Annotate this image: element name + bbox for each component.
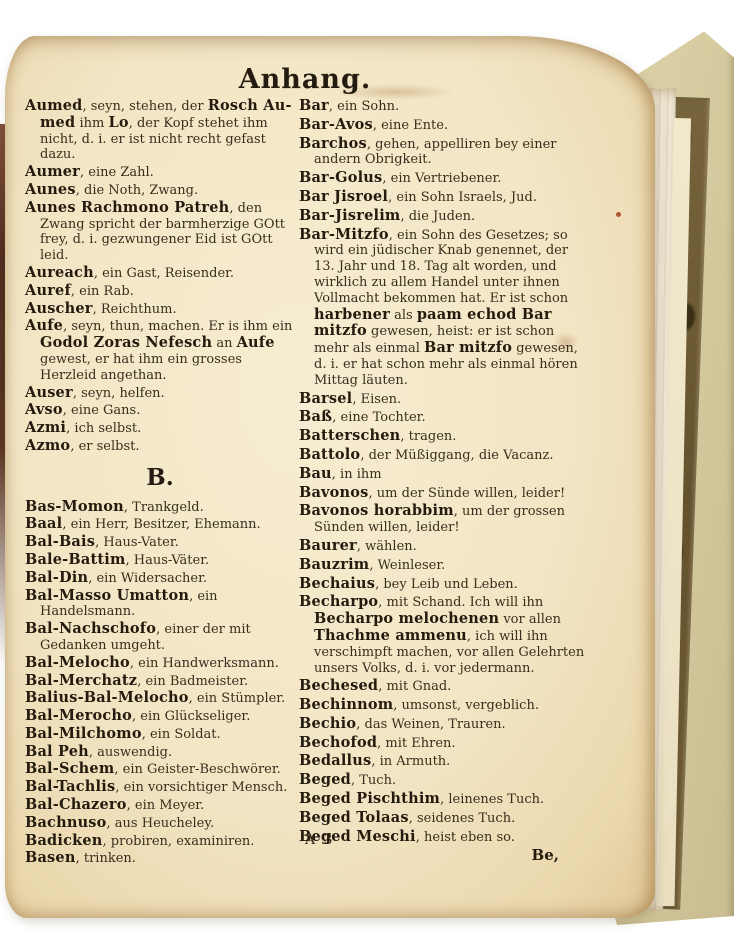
entry-headword: Batterschen: [299, 427, 400, 444]
dictionary-entry: Bal-Milchomo, ein Soldat.: [25, 726, 295, 743]
dictionary-entry: Bal-Nachschofo, einer der mit Gedanken u…: [25, 621, 295, 654]
book-scan: Anhang. Aumed, seyn, stehen, der Rosch A…: [0, 0, 741, 950]
page-content: Anhang. Aumed, seyn, stehen, der Rosch A…: [5, 36, 655, 918]
entry-definition: , ich selbst.: [66, 421, 141, 436]
entries-b-section-left: Bas-Momon, Trankgeld.Baal, ein Herr, Bes…: [25, 499, 295, 868]
entry-headword: Beged Tolaas: [299, 809, 409, 826]
entry-definition: , Tuch.: [351, 773, 396, 788]
entry-headword: Aumed: [25, 97, 83, 114]
entry-definition: , er selbst.: [70, 439, 139, 454]
entries-a-section: Aumed, seyn, stehen, der Rosch Au­med ih…: [25, 98, 295, 455]
entry-definition: , ein Sohn des Gesetzes; so wird ein jüd…: [314, 228, 578, 388]
entry-headword: Battolo: [299, 446, 360, 463]
entry-headword: Bal-Nachschofo: [25, 620, 156, 637]
dictionary-entry: Baal, ein Herr, Besitzer, Ehemann.: [25, 516, 295, 533]
entry-definition: , seyn, helfen.: [73, 386, 165, 401]
dictionary-entry: Aumer, eine Zahl.: [25, 164, 295, 181]
dictionary-entry: Bavonos horabbim, um der grossen Sünden …: [299, 503, 585, 536]
dictionary-entry: Avso, eine Gans.: [25, 402, 295, 419]
entry-definition: , Haus-Vater.: [95, 535, 179, 550]
dictionary-entry: Beged Pischthim, leinenes Tuch.: [299, 791, 585, 808]
entry-headword: Balius-Bal-Melocho: [25, 689, 189, 706]
dictionary-entry: Bas-Momon, Trankgeld.: [25, 499, 295, 516]
entry-definition: , ein Sohn.: [329, 99, 399, 114]
dictionary-entry: Bar-Jisrelim, die Juden.: [299, 208, 585, 225]
dictionary-entry: Bar-Avos, eine Ente.: [299, 117, 585, 134]
entry-definition: , ein Glückseliger.: [132, 709, 250, 724]
dictionary-entry: Bar-Mitzfo, ein Sohn des Gesetzes; so wi…: [299, 227, 585, 389]
entry-definition: , eine Gans.: [63, 403, 141, 418]
entry-definition: , in Armuth.: [371, 754, 450, 769]
entry-definition: , der Müßiggang, die Vacanz.: [360, 448, 553, 463]
entry-headword: Bechinnom: [299, 696, 393, 713]
entry-headword: Bachnuso: [25, 814, 107, 831]
dictionary-entry: Azmo, er selbst.: [25, 438, 295, 455]
entry-headword: Aunes Rachmono Patreh: [25, 199, 229, 216]
entry-headword: Bau: [299, 465, 332, 482]
dictionary-entry: Auser, seyn, helfen.: [25, 385, 295, 402]
dictionary-entry: Bal Peh, auswendig.: [25, 744, 295, 761]
dictionary-entry: Azmi, ich selbst.: [25, 420, 295, 437]
entry-headword: Bal-Merocho: [25, 707, 132, 724]
entry-definition: , in ihm: [332, 467, 382, 482]
column-right: Bar, ein Sohn.Bar-Avos, eine Ente.Barcho…: [299, 98, 585, 864]
section-heading-b: B.: [25, 470, 295, 486]
dictionary-entry: Bau, in ihm: [299, 466, 585, 483]
entry-headword: Bauzrim: [299, 556, 369, 573]
entry-definition: , ein Handwerksmann.: [130, 656, 279, 671]
entry-headword: Baal: [25, 515, 62, 532]
entry-definition: , ein Geister-Beschwörer.: [114, 762, 280, 777]
dictionary-entry: Badicken, probiren, examiniren.: [25, 833, 295, 850]
entry-definition: , seidenes Tuch.: [409, 811, 516, 826]
dictionary-entry: Barchos, gehen, appelliren bey einer and…: [299, 136, 585, 169]
dictionary-entry: Battolo, der Müßiggang, die Vacanz.: [299, 447, 585, 464]
entry-headword: Bechesed: [299, 677, 378, 694]
dictionary-entry: Bechinnom, umsonst, vergeblich.: [299, 697, 585, 714]
entry-headword: Aufe: [25, 317, 63, 334]
dictionary-entry: Bal-Melocho, ein Handwerksmann.: [25, 655, 295, 672]
entry-definition: , ein Meyer.: [127, 798, 205, 813]
entry-headword: Bal-Chazero: [25, 796, 127, 813]
dictionary-entry: Batterschen, tragen.: [299, 428, 585, 445]
entry-headword: Baurer: [299, 537, 357, 554]
entry-headword: Barchos: [299, 135, 367, 152]
dictionary-entry: Bechio, das Weinen, Trauren.: [299, 716, 585, 733]
entry-headword: Bal-Tachlis: [25, 778, 115, 795]
entry-headword: Bavonos: [299, 484, 369, 501]
dictionary-entry: Becharpo, mit Schand. Ich will ihn Becha…: [299, 594, 585, 676]
entry-headword: Bal-Din: [25, 569, 88, 586]
entry-definition: , heist eben so.: [416, 830, 515, 845]
signature-mark: A 3: [305, 832, 334, 848]
entry-definition: , aus Heucheley.: [107, 816, 215, 831]
entry-headword: Bar Jisroel: [299, 188, 388, 205]
dictionary-entry: Beged Tolaas, seidenes Tuch.: [299, 810, 585, 827]
entry-definition: , ein Badmeister.: [137, 674, 248, 689]
entry-headword: Bal-Milchomo: [25, 725, 142, 742]
entry-headword: Azmi: [25, 419, 66, 436]
entry-headword: Azmo: [25, 437, 70, 454]
entry-headword: Auser: [25, 384, 73, 401]
entry-headword: Bal Peh: [25, 743, 89, 760]
entry-headword: Bavonos horabbim: [299, 502, 454, 519]
entries-b-section-right: Bar, ein Sohn.Bar-Avos, eine Ente.Barcho…: [299, 98, 585, 845]
entry-emphasis: Bar mitzfo: [424, 339, 512, 356]
dictionary-entry: Bechofod, mit Ehren.: [299, 735, 585, 752]
entry-definition: , ein Rab.: [71, 284, 134, 299]
dictionary-entry: Bechesed, mit Gnad.: [299, 678, 585, 695]
entry-definition: , bey Leib und Leben.: [375, 577, 518, 592]
entry-headword: Auref: [25, 282, 71, 299]
entry-definition: , ein Gast, Reisender.: [94, 266, 234, 281]
dictionary-entry: Aumed, seyn, stehen, der Rosch Au­med ih…: [25, 98, 295, 163]
entry-emphasis: Godol Zoras Nefesch: [40, 334, 212, 351]
entry-definition: , ein Vertriebener.: [382, 171, 501, 186]
entry-definition: , Haus-Väter.: [126, 553, 210, 568]
dictionary-entry: Beged, Tuch.: [299, 772, 585, 789]
entry-definition: , Trankgeld.: [124, 500, 204, 515]
entry-definition: , um der Sünde willen, leider!: [369, 486, 566, 501]
entry-definition: , Eisen.: [352, 392, 401, 407]
entry-headword: Aumer: [25, 163, 80, 180]
dictionary-entry: Auscher, Reichthum.: [25, 301, 295, 318]
entry-headword: Basen: [25, 849, 76, 866]
dictionary-entry: Baß, eine Tochter.: [299, 409, 585, 426]
entry-emphasis: Thachme ammenu: [314, 627, 467, 644]
entry-headword: Avso: [25, 401, 63, 418]
entry-headword: Bechaius: [299, 575, 375, 592]
entry-headword: Bal-Bais: [25, 533, 95, 550]
dictionary-entry: Bale-Battim, Haus-Väter.: [25, 552, 295, 569]
entry-definition: , ein Soldat.: [142, 727, 221, 742]
dictionary-entry: Baurer, wählen.: [299, 538, 585, 555]
dictionary-entry: Bal-Tachlis, ein vorsichtiger Mensch.: [25, 779, 295, 796]
entry-headword: Baß: [299, 408, 332, 425]
entry-headword: Bal-Masso Umatton: [25, 587, 189, 604]
entry-headword: Barsel: [299, 390, 352, 407]
entry-headword: Bedallus: [299, 752, 371, 769]
dictionary-entry: Aunes Rachmono Patreh, den Zwang spricht…: [25, 200, 295, 264]
entry-definition: , auswendig.: [89, 745, 172, 760]
entry-definition: , mit Gnad.: [378, 679, 451, 694]
entry-headword: Aureach: [25, 264, 94, 281]
page-title: Anhang.: [5, 64, 605, 95]
dictionary-entry: Bavonos, um der Sünde willen, leider!: [299, 485, 585, 502]
column-left: Aumed, seyn, stehen, der Rosch Au­med ih…: [25, 98, 295, 868]
entry-definition: , seyn, thun, machen. Er is ihm ein Godo…: [40, 319, 292, 382]
entry-definition: , Reichthum.: [93, 302, 177, 317]
entry-definition: , die Juden.: [400, 209, 475, 224]
dictionary-entry: Bar Jisroel, ein Sohn Israels, Jud.: [299, 189, 585, 206]
entry-definition: , ein Widersacher.: [88, 571, 207, 586]
dictionary-entry: Bechaius, bey Leib und Leben.: [299, 576, 585, 593]
entry-emphasis: Becharpo melochenen: [314, 610, 499, 627]
entry-headword: Bar-Mitzfo: [299, 226, 389, 243]
catchword: Be,: [299, 848, 585, 864]
entry-definition: , Weinleser.: [369, 558, 445, 573]
dictionary-entry: Bal-Din, ein Widersacher.: [25, 570, 295, 587]
entry-headword: Bechofod: [299, 734, 377, 751]
entry-definition: , ein Sohn Israels, Jud.: [388, 190, 537, 205]
entry-emphasis: Aufe: [237, 334, 275, 351]
dictionary-entry: Bedallus, in Armuth.: [299, 753, 585, 770]
entry-definition: , ein Stümpler.: [189, 691, 286, 706]
dictionary-entry: Bar-Golus, ein Vertriebener.: [299, 170, 585, 187]
entry-definition: , trinken.: [76, 851, 136, 866]
entry-definition: , eine Tochter.: [332, 410, 425, 425]
entry-definition: , das Weinen, Trauren.: [356, 717, 505, 732]
dictionary-entry: Bar, ein Sohn.: [299, 98, 585, 115]
dictionary-entry: Bal-Merchatz, ein Badmeister.: [25, 673, 295, 690]
entry-definition: , umsonst, vergeblich.: [393, 698, 539, 713]
entry-emphasis: harbener: [314, 306, 390, 323]
entry-headword: Bal-Melocho: [25, 654, 130, 671]
entry-definition: , leinenes Tuch.: [440, 792, 544, 807]
entry-headword: Auscher: [25, 300, 93, 317]
entry-headword: Badicken: [25, 832, 103, 849]
dictionary-entry: Bal-Merocho, ein Glückseliger.: [25, 708, 295, 725]
dictionary-entry: Aureach, ein Gast, Reisender.: [25, 265, 295, 282]
dictionary-entry: Bal-Chazero, ein Meyer.: [25, 797, 295, 814]
dictionary-entry: Basen, trinken.: [25, 850, 295, 867]
entry-headword: Bar: [299, 97, 329, 114]
dictionary-entry: Balius-Bal-Melocho, ein Stümpler.: [25, 690, 295, 707]
dictionary-entry: Bal-Masso Umatton, ein Handelsmann.: [25, 588, 295, 621]
dictionary-entry: Bal-Bais, Haus-Vater.: [25, 534, 295, 551]
dictionary-entry: Aufe, seyn, thun, machen. Er is ihm ein …: [25, 318, 295, 383]
entry-emphasis: Lo: [108, 114, 128, 131]
dictionary-entry: Bauzrim, Weinleser.: [299, 557, 585, 574]
entry-headword: Bechio: [299, 715, 356, 732]
dictionary-entry: Barsel, Eisen.: [299, 391, 585, 408]
entry-headword: Bal-Merchatz: [25, 672, 137, 689]
dictionary-entry: Beged Meschi, heist eben so.: [299, 829, 585, 846]
entry-definition: , ein vorsichtiger Mensch.: [115, 780, 287, 795]
entry-headword: Bal-Schem: [25, 760, 114, 777]
entry-headword: Bar-Golus: [299, 169, 382, 186]
entry-headword: Bar-Avos: [299, 116, 373, 133]
entry-definition: , die Noth, Zwang.: [76, 183, 198, 198]
entry-headword: Bale-Battim: [25, 551, 126, 568]
dictionary-entry: Bal-Schem, ein Geister-Beschwörer.: [25, 761, 295, 778]
entry-headword: Aunes: [25, 181, 76, 198]
entry-definition: , probiren, examiniren.: [103, 834, 255, 849]
entry-headword: Bas-Momon: [25, 498, 124, 515]
entry-headword: Bar-Jisrelim: [299, 207, 400, 224]
entry-definition: , tragen.: [400, 429, 456, 444]
entry-definition: , eine Ente.: [373, 118, 448, 133]
entry-headword: Becharpo: [299, 593, 378, 610]
entry-definition: , ein Herr, Besitzer, Ehemann.: [62, 517, 260, 532]
dictionary-entry: Bachnuso, aus Heucheley.: [25, 815, 295, 832]
main-page: Anhang. Aumed, seyn, stehen, der Rosch A…: [5, 36, 655, 918]
dictionary-entry: Aunes, die Noth, Zwang.: [25, 182, 295, 199]
entry-definition: , wählen.: [357, 539, 417, 554]
entry-definition: , eine Zahl.: [80, 165, 154, 180]
dictionary-entry: Auref, ein Rab.: [25, 283, 295, 300]
entry-headword: Beged: [299, 771, 351, 788]
entry-definition: , mit Ehren.: [377, 736, 455, 751]
entry-headword: Beged Pischthim: [299, 790, 440, 807]
